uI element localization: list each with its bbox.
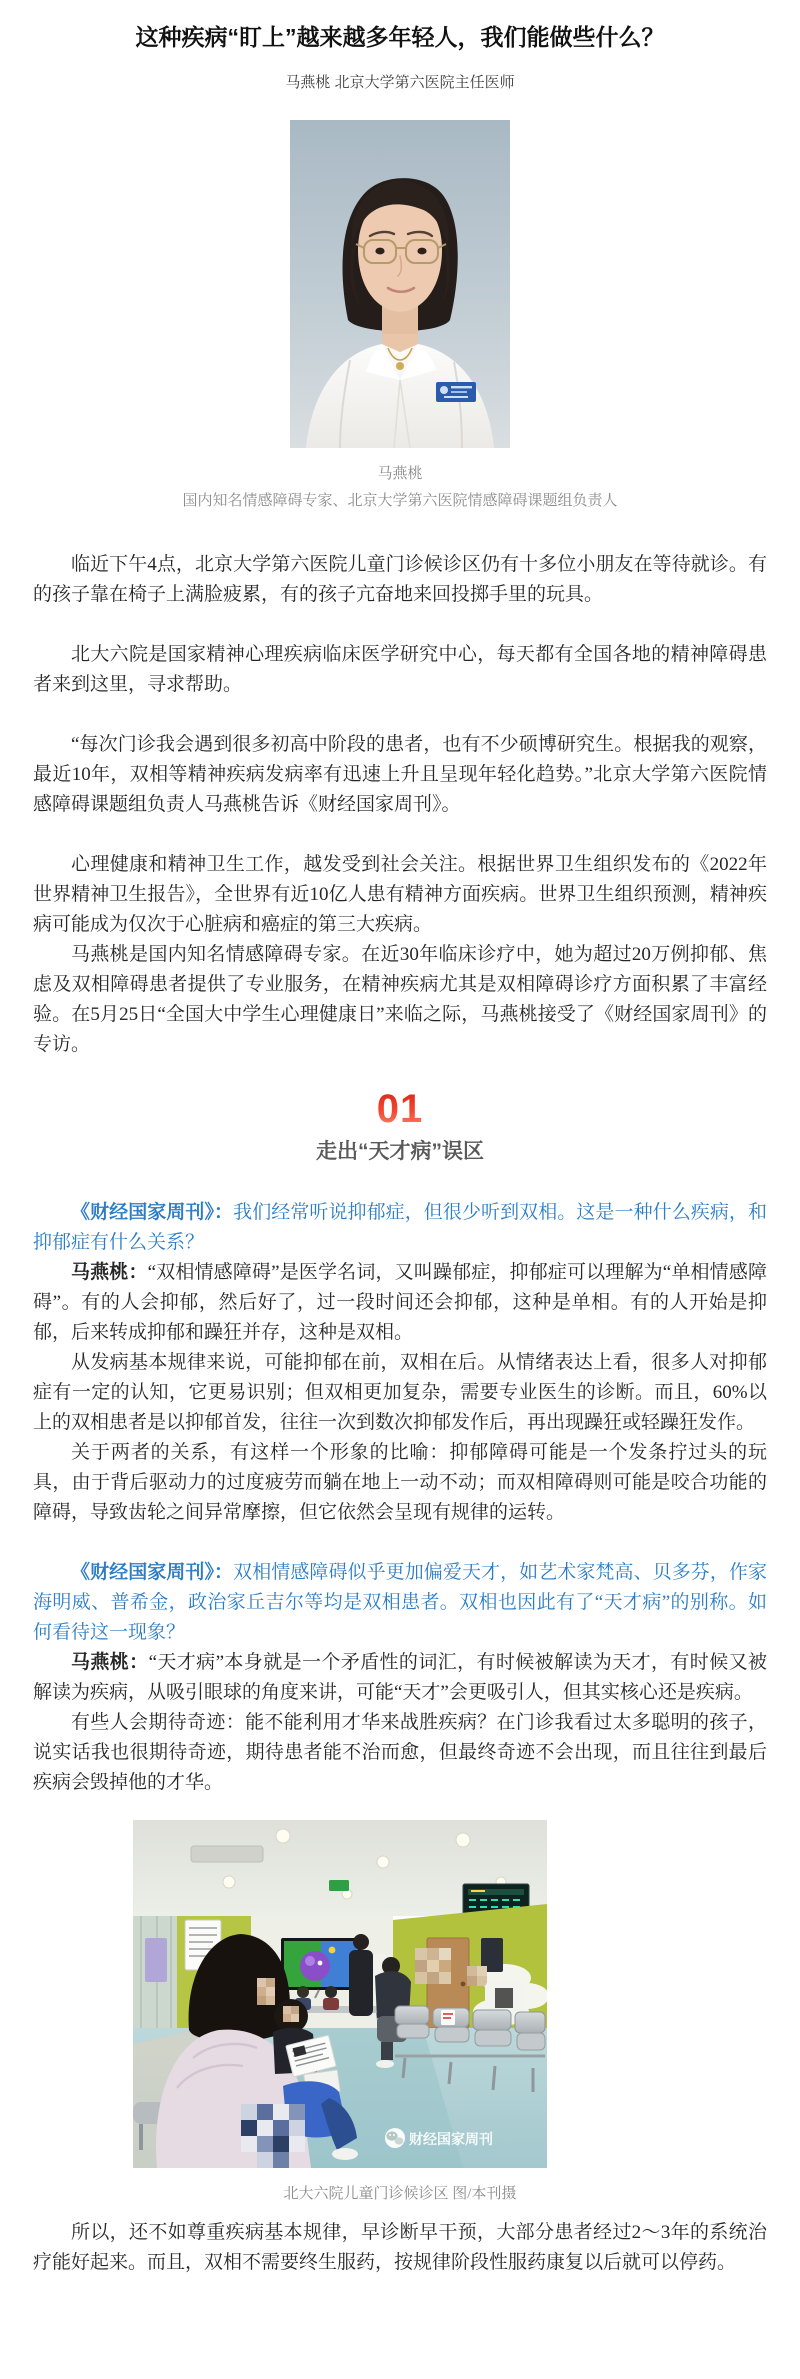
section-1-header: 01 走出“天才病”误区 — [33, 1086, 767, 1168]
intro-paragraph-4: 心理健康和精神卫生工作，越发受到社会关注。根据世界卫生组织发布的《2022年世界… — [33, 850, 767, 940]
question-1-source: 《财经国家周刊》： — [71, 1202, 233, 1223]
answer-1-analogy: 关于两者的关系，有这样一个形象的比喻：抑郁障碍可能是一个发条拧过头的玩具，由于背… — [33, 1438, 767, 1528]
portrait-caption-name: 马燕桃 — [0, 462, 800, 486]
byline: 马燕桃 北京大学第六医院主任医师 — [0, 72, 800, 94]
intro-paragraph-2: 北大六院是国家精神心理疾病临床医学研究中心，每天都有全国各地的精神障碍患者来到这… — [33, 640, 767, 700]
answer-2-speaker: 马燕桃： — [71, 1652, 149, 1673]
closing-paragraphs: 所以，还不如尊重疾病基本规律，早诊断早干预，大部分患者经过2～3年的系统治疗能好… — [33, 2218, 767, 2278]
doctor-portrait-figure — [290, 120, 510, 448]
article-body: 临近下午4点，北京大学第六医院儿童门诊候诊区仍有十多位小朋友在等待就诊。有的孩子… — [33, 550, 767, 1798]
article-page: 这种疾病“盯上”越来越多年轻人，我们能做些什么？ 马燕桃 北京大学第六医院主任医… — [0, 0, 800, 2288]
closing-paragraph: 所以，还不如尊重疾病基本规律，早诊断早干预，大部分患者经过2～3年的系统治疗能好… — [33, 2218, 767, 2278]
question-1: 《财经国家周刊》：我们经常听说抑郁症，但很少听到双相。这是一种什么疾病，和抑郁症… — [33, 1198, 767, 1258]
answer-2: 马燕桃：“天才病”本身就是一个矛盾性的词汇，有时候被解读为天才，有时候又被解读为… — [33, 1648, 767, 1708]
page-title: 这种疾病“盯上”越来越多年轻人，我们能做些什么？ — [34, 20, 766, 54]
answer-2-continued: 有些人会期待奇迹：能不能利用才华来战胜疾病？在门诊我看过太多聪明的孩子，说实话我… — [33, 1708, 767, 1798]
waiting-room-photo: 财经国家周刊 — [133, 1820, 547, 2168]
section-number: 01 — [33, 1086, 767, 1132]
watermark-text: 财经国家周刊 — [409, 2131, 493, 2147]
question-2: 《财经国家周刊》：双相情感障碍似乎更加偏爱天才，如艺术家梵高、贝多芬，作家海明威… — [33, 1558, 767, 1648]
intro-paragraph-5: 马燕桃是国内知名情感障碍专家。在近30年临床诊疗中，她为超过20万例抑郁、焦虑及… — [33, 940, 767, 1060]
answer-1-speaker: 马燕桃： — [71, 1262, 148, 1283]
waiting-room-figure: 财经国家周刊 — [133, 1820, 547, 2168]
doctor-portrait-photo — [290, 120, 510, 448]
exit-sign — [329, 1880, 349, 1891]
intro-paragraph-3: “每次门诊我会遇到很多初高中阶段的患者，也有不少硕博研究生。根据我的观察，最近1… — [33, 730, 767, 820]
intro-paragraph-1: 临近下午4点，北京大学第六医院儿童门诊候诊区仍有十多位小朋友在等待就诊。有的孩子… — [33, 550, 767, 610]
answer-1-continued: 从发病基本规律来说，可能抑郁在前，双相在后。从情绪表达上看，很多人对抑郁症有一定… — [33, 1348, 767, 1438]
watermark: 财经国家周刊 — [385, 2128, 493, 2148]
section-title: 走出“天才病”误区 — [33, 1136, 767, 1168]
question-2-source: 《财经国家周刊》： — [71, 1562, 233, 1583]
portrait-caption-role: 国内知名情感障碍专家、北京大学第六医院情感障碍课题组负责人 — [0, 486, 800, 516]
waiting-room-caption: 北大六院儿童门诊候诊区 图/本刊摄 — [0, 2182, 800, 2206]
hospital-badge — [436, 382, 476, 402]
answer-1: 马燕桃：“双相情感障碍”是医学名词，又叫躁郁症，抑郁症可以理解为“单相情感障碍”… — [33, 1258, 767, 1348]
